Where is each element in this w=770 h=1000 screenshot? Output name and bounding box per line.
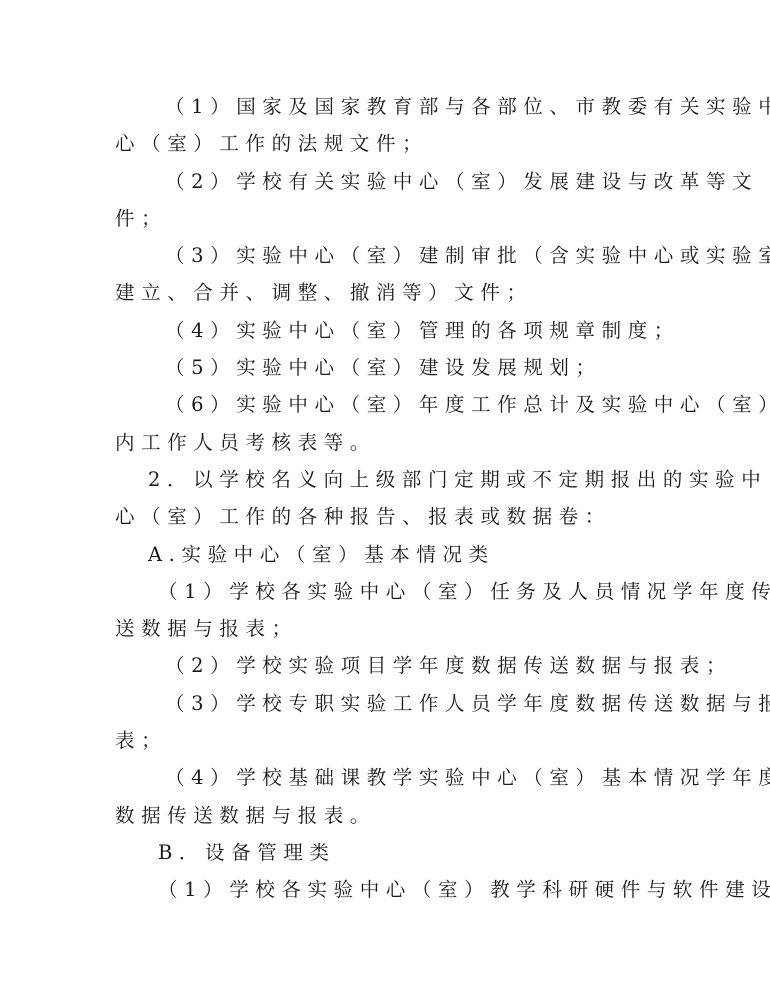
text-line: （4）学校基础课教学实验中心（室）基本情况学年度	[115, 759, 645, 796]
text-line: （3）学校专职实验工作人员学年度数据传送数据与报	[115, 685, 645, 722]
document-page: （1）国家及国家教育部与各部位、市教委有关实验中 心（室）工作的法规文件； （2…	[115, 88, 645, 909]
text-line: 建立、合并、调整、撤消等）文件；	[115, 274, 645, 311]
text-line: 心（室）工作的各种报告、报表或数据卷：	[115, 498, 645, 535]
text-line: 表；	[115, 722, 645, 759]
text-line: 内工作人员考核表等。	[115, 424, 645, 461]
section-heading: 2．以学校名义向上级部门定期或不定期报出的实验中	[115, 461, 645, 498]
text-line: （1）学校各实验中心（室）任务及人员情况学年度传	[115, 573, 645, 610]
text-line: （2）学校有关实验中心（室）发展建设与改革等文	[115, 163, 645, 200]
text-line: （1）学校各实验中心（室）教学科研硬件与软件建设	[115, 871, 645, 908]
subsection-heading-a: A.实验中心（室）基本情况类	[115, 536, 645, 573]
text-line: 件；	[115, 200, 645, 237]
text-line: （1）国家及国家教育部与各部位、市教委有关实验中	[115, 88, 645, 125]
text-line: 数据传送数据与报表。	[115, 797, 645, 834]
subsection-heading-b: B．设备管理类	[115, 834, 645, 871]
text-line: （5）实验中心（室）建设发展规划；	[115, 349, 645, 386]
text-line: （2）学校实验项目学年度数据传送数据与报表；	[115, 647, 645, 684]
text-line: 心（室）工作的法规文件；	[115, 125, 645, 162]
text-line: （6）实验中心（室）年度工作总计及实验中心（室）	[115, 386, 645, 423]
text-line: （3）实验中心（室）建制审批（含实验中心或实验室	[115, 237, 645, 274]
text-line: （4）实验中心（室）管理的各项规章制度；	[115, 312, 645, 349]
text-line: 送数据与报表；	[115, 610, 645, 647]
